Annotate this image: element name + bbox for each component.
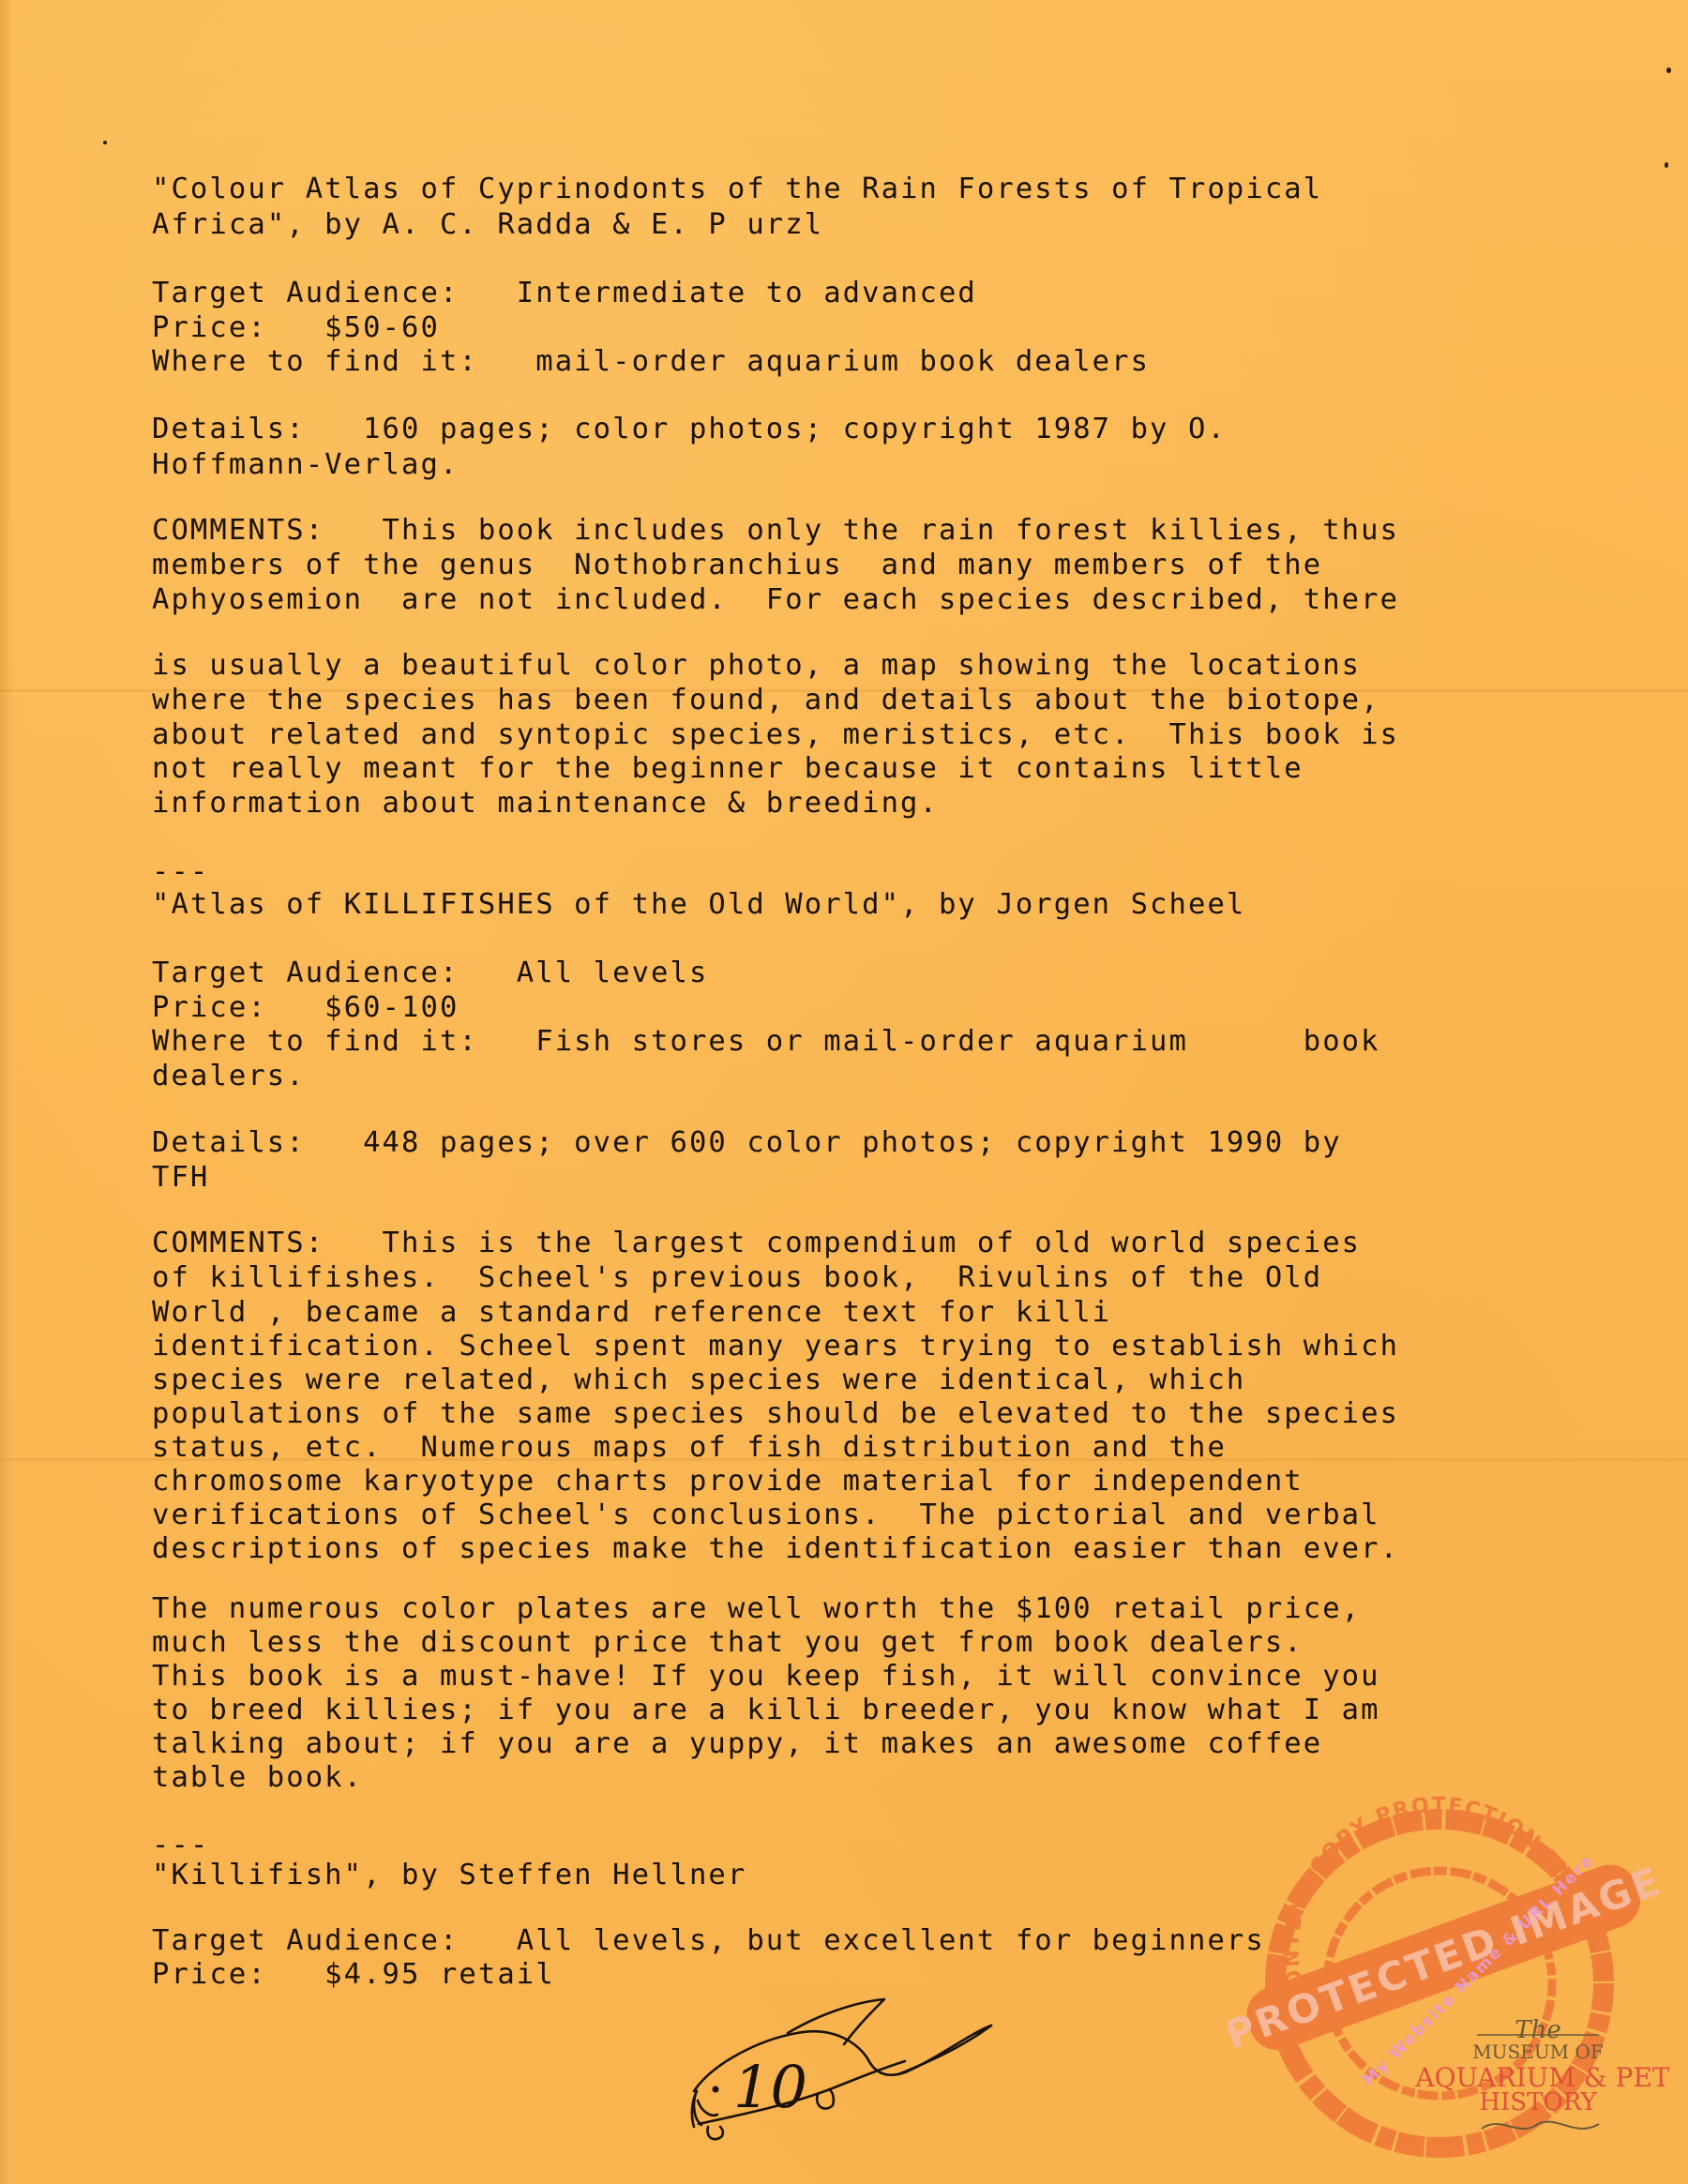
price: Price: $60-100 [152,991,459,1025]
target-audience: Target Audience: All levels [152,956,708,990]
target-audience: Target Audience: Intermediate to advance… [152,277,977,310]
protected-image-watermark: CONTENT COPY PROTECTION PLUGIN PROTECTED… [1228,1786,1669,2180]
comments-extra: table book. [152,1761,363,1795]
comments: species were related, which species were… [152,1363,1245,1397]
svg-text:HISTORY: HISTORY [1479,2088,1597,2116]
book-title: "Colour Atlas of Cyprinodonts of the Rai… [152,173,1322,206]
comments-extra: much less the discount price that you ge… [152,1626,1304,1660]
separator: --- [152,855,209,889]
price: Price: $4.95 retail [152,1958,555,1992]
paper-edge [0,0,13,2184]
comments: status, etc. Numerous maps of fish distr… [152,1431,1227,1465]
book-title: Africa", by A. C. Radda & E. P urzl [152,208,823,242]
svg-text:MUSEUM OF: MUSEUM OF [1472,2041,1604,2063]
comments: identification. Scheel spent many years … [152,1330,1399,1363]
where-to-find: Where to find it: mail-order aquarium bo… [152,345,1150,379]
comments: members of the genus Nothobranchius and … [152,549,1322,582]
details: TFH [152,1161,209,1195]
ink-speck [1665,162,1668,168]
comments: World , became a standard reference text… [152,1296,1111,1330]
comments-extra: The numerous color plates are well worth… [152,1592,1361,1626]
separator: --- [152,1829,209,1862]
comments: is usually a beautiful color photo, a ma… [152,649,1361,683]
comments: of killifishes. Scheel's previous book, … [152,1261,1322,1295]
comments: information about maintenance & breeding… [152,787,939,821]
comments-extra: This book is a must-have! If you keep fi… [152,1660,1380,1694]
svg-text:10: 10 [733,2053,807,2121]
comments: Aphyosemion are not included. For each s… [152,583,1399,617]
comments: not really meant for the beginner becaus… [152,752,1304,786]
book-title: "Atlas of KILLIFISHES of the Old World",… [152,888,1245,922]
fish-doodle-page-number: 10 [656,1988,1013,2166]
details: Details: 448 pages; over 600 color photo… [152,1126,1342,1160]
comments: chromosome karyotype charts provide mate… [152,1465,1304,1499]
comments: COMMENTS: This book includes only the ra… [152,514,1399,548]
book-title: "Killifish", by Steffen Hellner [152,1859,746,1892]
price: Price: $50-60 [152,311,440,345]
target-audience: Target Audience: All levels, but excelle… [152,1924,1265,1958]
comments: populations of the same species should b… [152,1397,1399,1431]
comments-extra: talking about; if you are a yuppy, it ma… [152,1727,1322,1761]
comments: COMMENTS: This is the largest compendium… [152,1227,1361,1260]
details: Hoffmann-Verlag. [152,448,459,482]
details: Details: 160 pages; color photos; copyri… [152,413,1227,446]
comments-extra: to breed killies; if you are a killi bre… [152,1694,1380,1727]
where-to-find: Where to find it: Fish stores or mail-or… [152,1025,1380,1059]
ink-speck [1666,68,1671,73]
where-to-find: dealers. [152,1060,306,1093]
comments: descriptions of species make the identif… [152,1532,1399,1566]
ink-speck [103,141,107,144]
comments: about related and syntopic species, meri… [152,718,1399,752]
comments: where the species has been found, and de… [152,684,1380,717]
comments: verifications of Scheel's conclusions. T… [152,1499,1380,1532]
